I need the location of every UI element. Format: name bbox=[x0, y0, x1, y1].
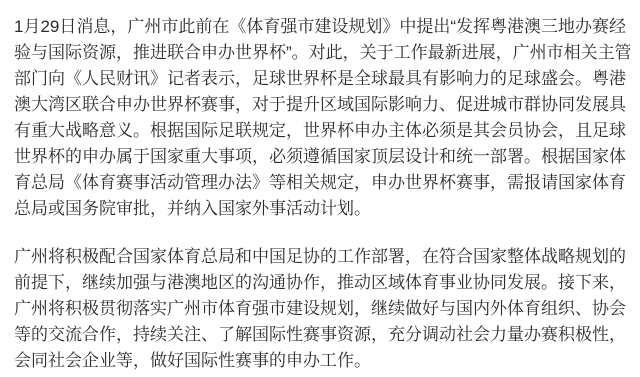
article-body: 1月29日消息，广州市此前在《体育强市建设规划》中提出“发挥粤港澳三地办赛经 验… bbox=[0, 0, 640, 374]
text-line: 部门向《人民财讯》记者表示，足球世界杯是全球最具有影响力的足球盛会。粤港 bbox=[14, 66, 630, 92]
text-line: 世界杯的申办属于国家重大事项，必须遵循国家顶层设计和统一部署。根据国家体 bbox=[14, 144, 630, 170]
paragraph-2: 广州将积极配合国家体育总局和中国足协的工作部署，在符合国家整体战略规划的 前提下… bbox=[14, 244, 630, 374]
text-line: 1月29日消息，广州市此前在《体育强市建设规划》中提出“发挥粤港澳三地办赛经 bbox=[14, 14, 630, 40]
text-line: 前提下，继续加强与港澳地区的沟通协作，推动区域体育事业协同发展。接下来， bbox=[14, 270, 630, 296]
text-line: 有重大战略意义。根据国际足联规定，世界杯申办主体必须是其会员协会，且足球 bbox=[14, 118, 630, 144]
text-line: 总局或国务院审批，并纳入国家外事活动计划。 bbox=[14, 196, 630, 222]
text-line: 澳大湾区联合申办世界杯赛事，对于提升区域国际影响力、促进城市群协同发展具 bbox=[14, 92, 630, 118]
text-line: 广州将积极配合国家体育总局和中国足协的工作部署，在符合国家整体战略规划的 bbox=[14, 244, 630, 270]
paragraph-1: 1月29日消息，广州市此前在《体育强市建设规划》中提出“发挥粤港澳三地办赛经 验… bbox=[14, 14, 630, 222]
text-line: 育总局《体育赛事活动管理办法》等相关规定，申办世界杯赛事，需报请国家体育 bbox=[14, 170, 630, 196]
text-line: 等的交流合作，持续关注、了解国际性赛事资源，充分调动社会力量办赛积极性， bbox=[14, 322, 630, 348]
text-line: 广州将积极贯彻落实广州市体育强市建设规划，继续做好与国内外体育组织、协会 bbox=[14, 296, 630, 322]
text-line: 会同社会企业等，做好国际性赛事的申办工作。 bbox=[14, 348, 630, 374]
text-line: 验与国际资源，推进联合申办世界杯”。对此，关于工作最新进展，广州市相关主管 bbox=[14, 40, 630, 66]
